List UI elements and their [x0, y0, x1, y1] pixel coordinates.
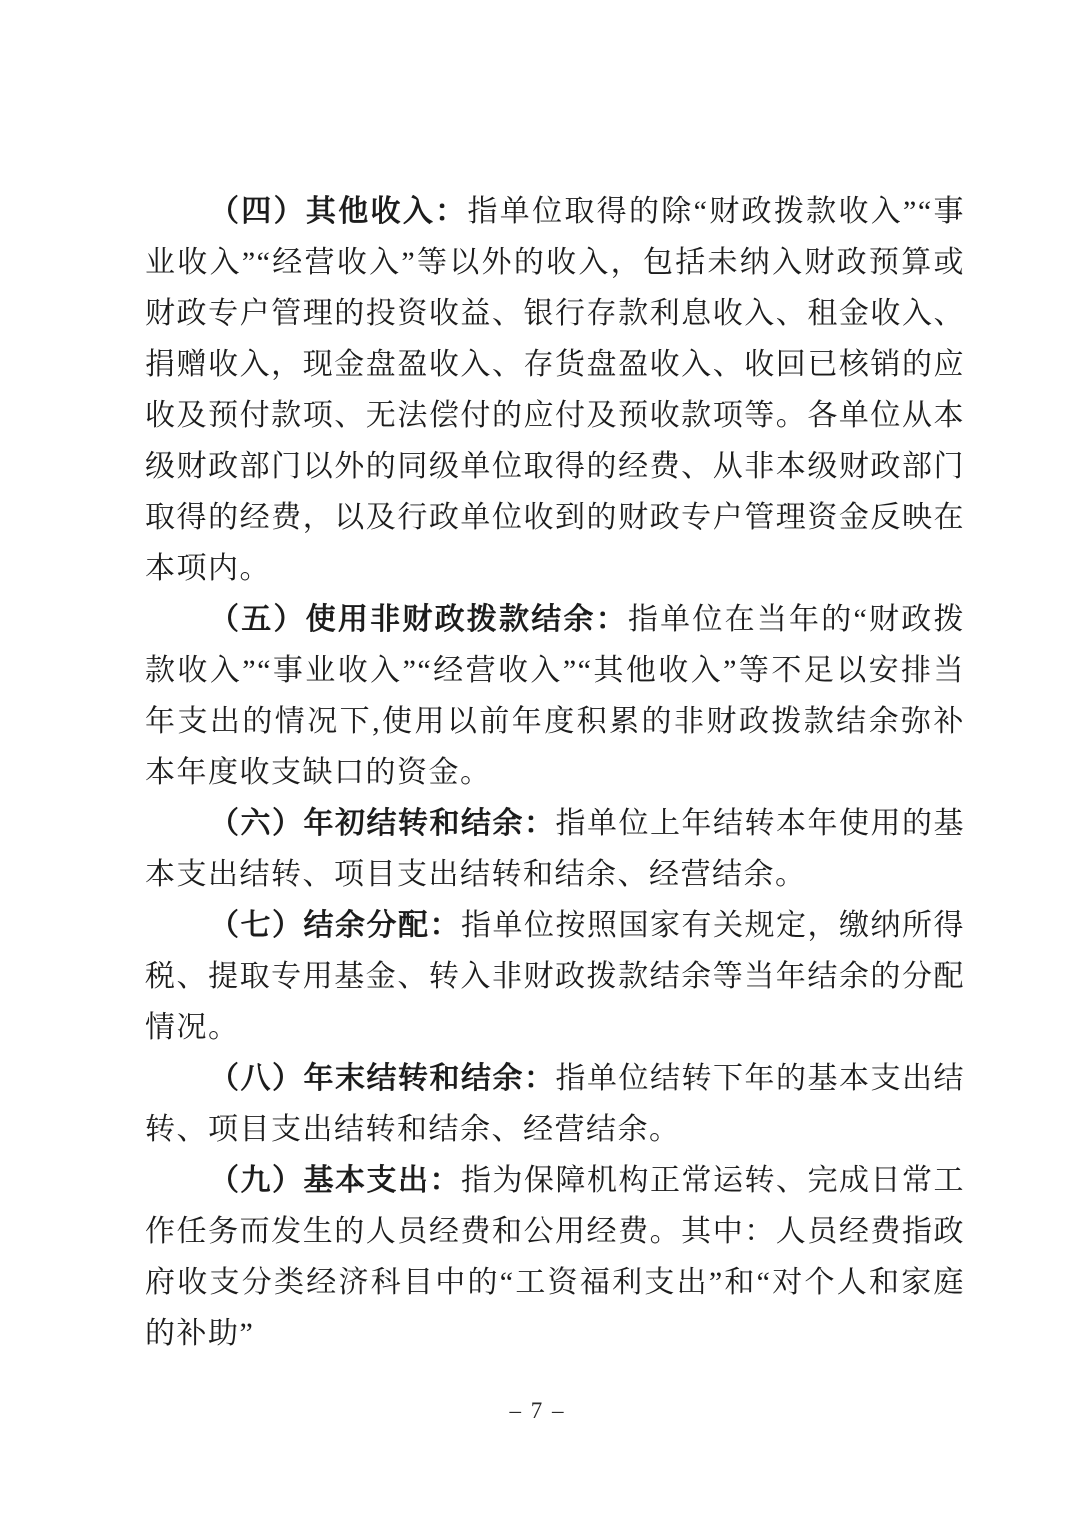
paragraph-heading: （九）基本支出： [209, 1164, 461, 1197]
paragraph-text: 指单位取得的除“财政拨款收入”“事业收入”“经营收入”等以外的收入，包括未纳入财… [145, 195, 965, 585]
paragraph-item-5: （五）使用非财政拨款结余：指单位在当年的“财政拨款收入”“事业收入”“经营收入”… [145, 594, 965, 798]
paragraph-heading: （六）年初结转和结余： [209, 807, 556, 840]
paragraph-item-4: （四）其他收入：指单位取得的除“财政拨款收入”“事业收入”“经营收入”等以外的收… [145, 186, 965, 594]
paragraph-heading: （八）年末结转和结余： [209, 1062, 556, 1095]
document-page: （四）其他收入：指单位取得的除“财政拨款收入”“事业收入”“经营收入”等以外的收… [0, 0, 1075, 1520]
paragraph-heading: （七）结余分配： [209, 909, 461, 942]
paragraph-heading: （四）其他收入： [209, 195, 467, 228]
document-body: （四）其他收入：指单位取得的除“财政拨款收入”“事业收入”“经营收入”等以外的收… [145, 186, 965, 1359]
paragraph-item-6: （六）年初结转和结余：指单位上年结转本年使用的基本支出结转、项目支出结转和结余、… [145, 798, 965, 900]
page-number: – 7 – [510, 1398, 566, 1423]
paragraph-heading: （五）使用非财政拨款结余： [209, 603, 628, 636]
paragraph-item-8: （八）年末结转和结余：指单位结转下年的基本支出结转、项目支出结转和结余、经营结余… [145, 1053, 965, 1155]
page-footer: – 7 – [0, 1398, 1075, 1424]
paragraph-item-7: （七）结余分配：指单位按照国家有关规定，缴纳所得税、提取专用基金、转入非财政拨款… [145, 900, 965, 1053]
paragraph-item-9: （九）基本支出：指为保障机构正常运转、完成日常工作任务而发生的人员经费和公用经费… [145, 1155, 965, 1359]
